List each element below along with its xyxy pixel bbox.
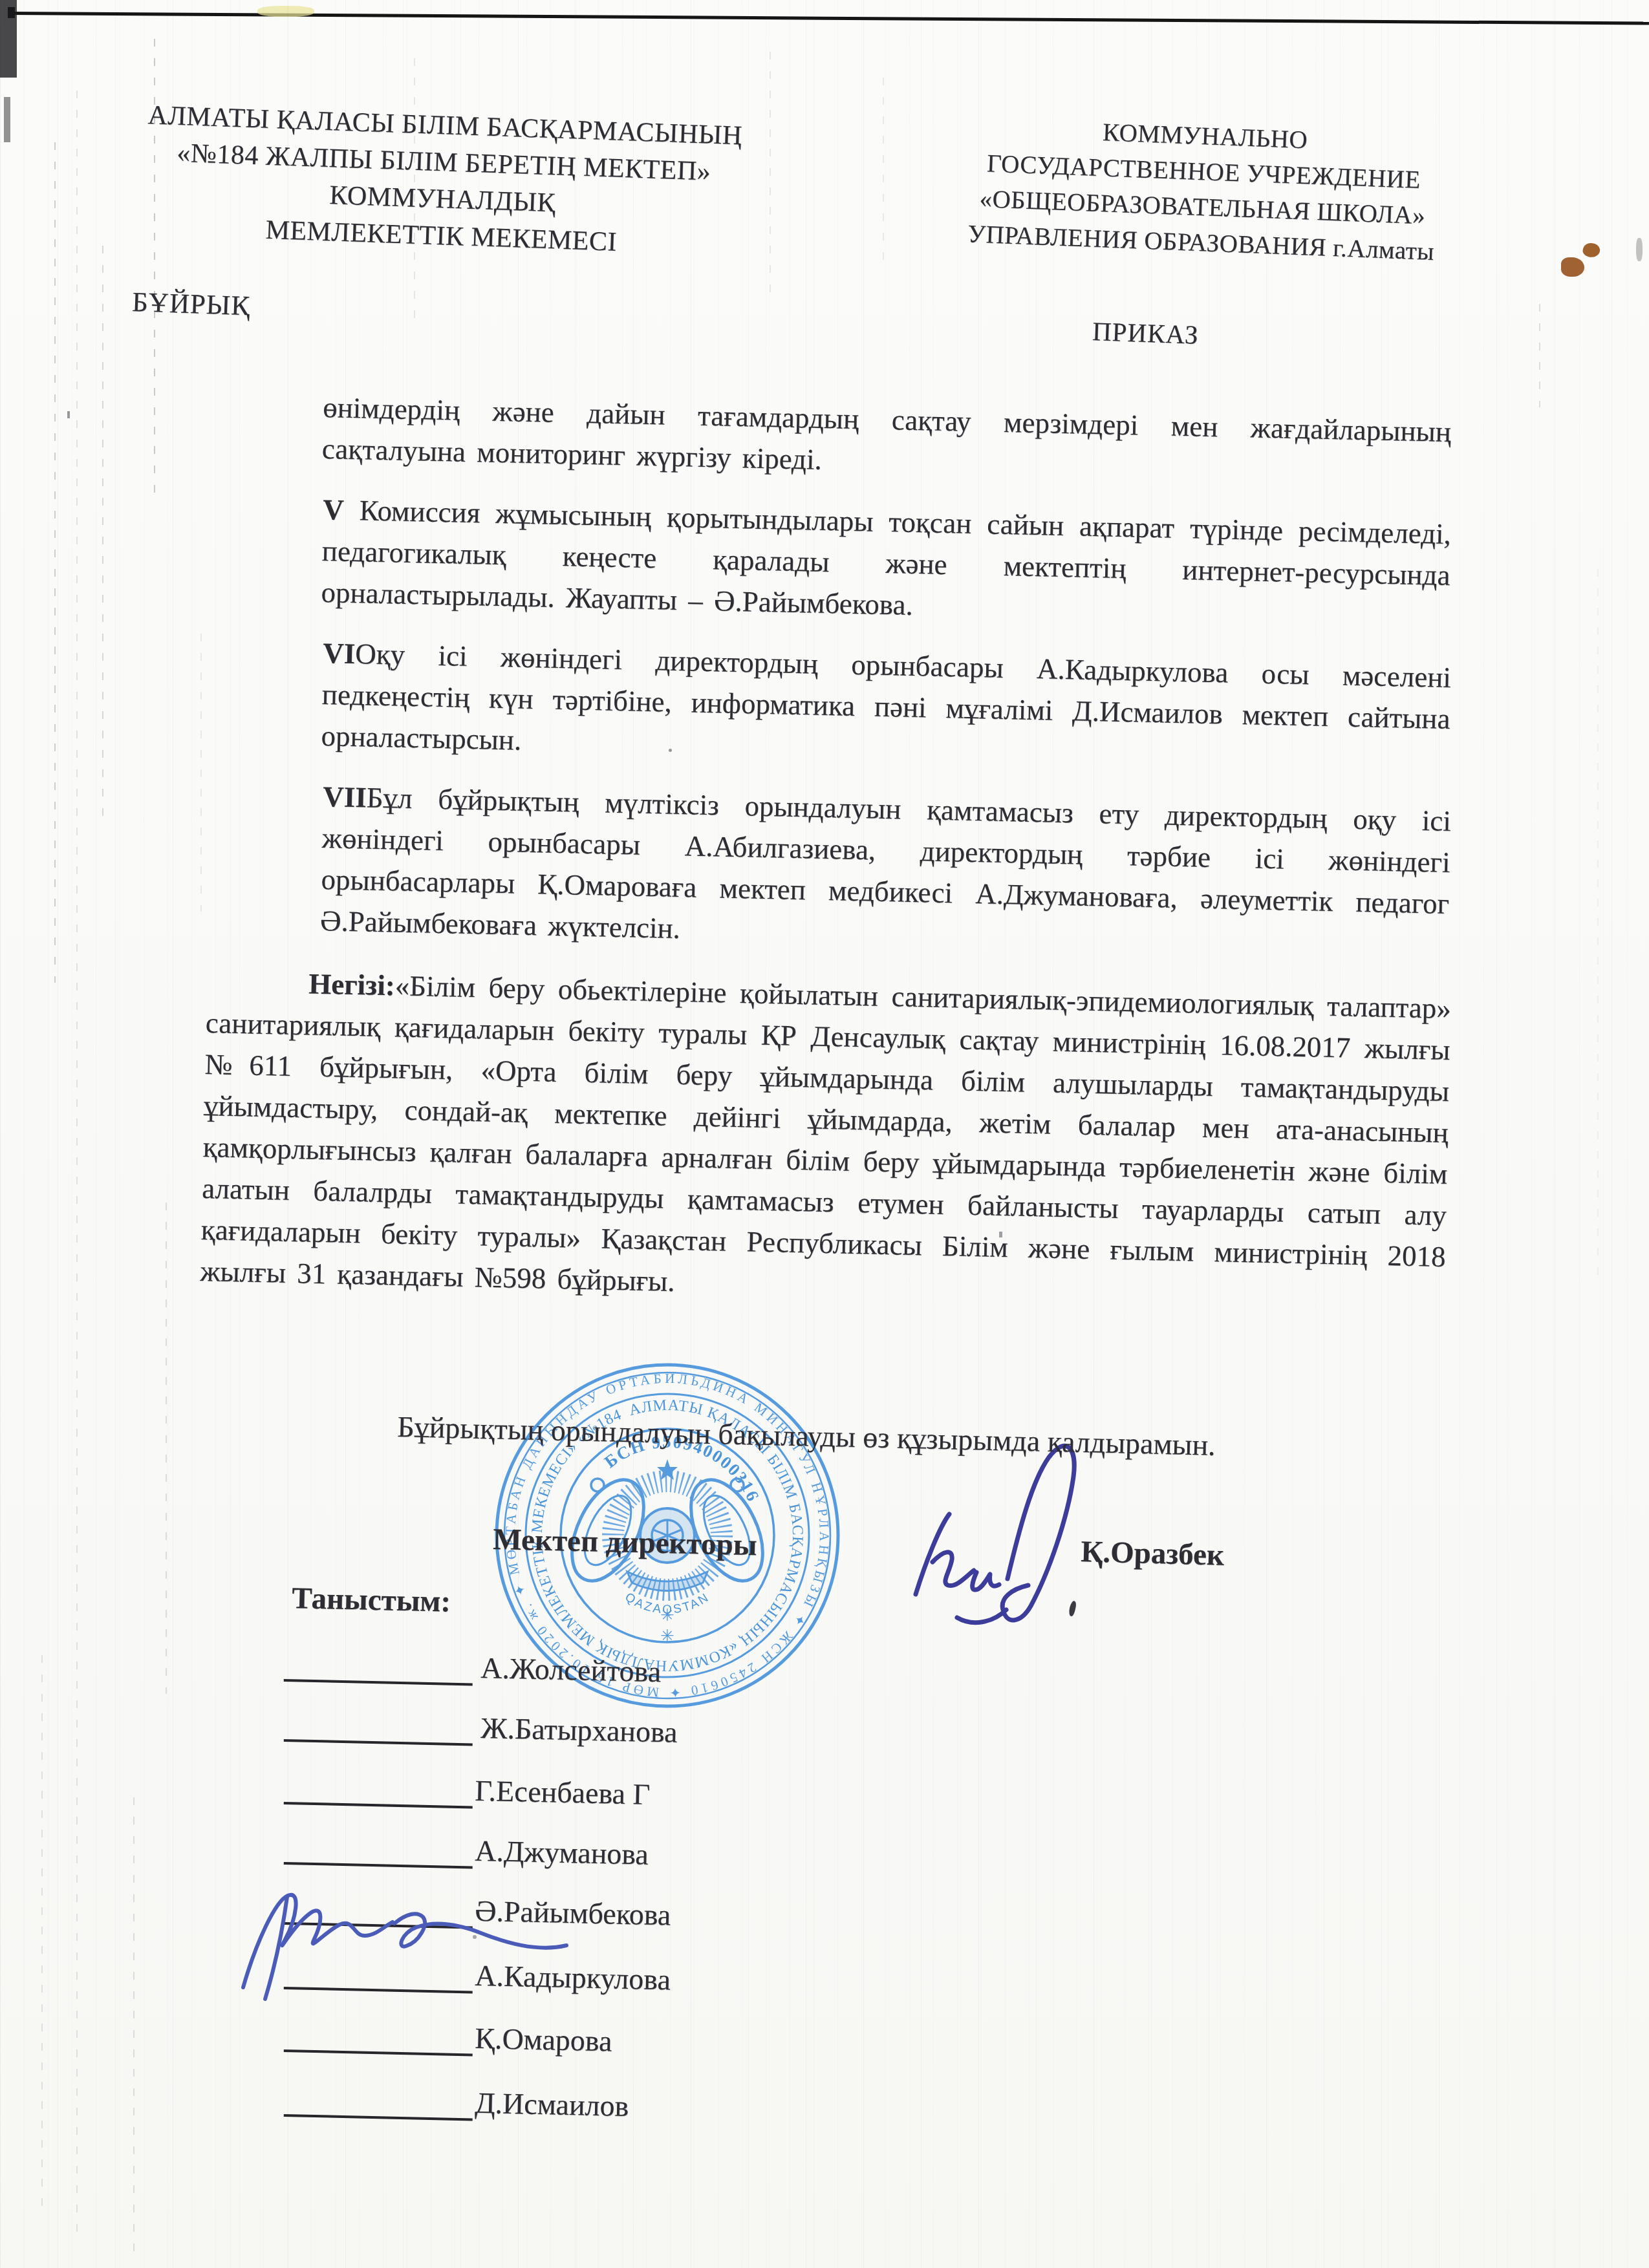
signatory-name: Қ.Омарова [475, 2021, 612, 2059]
signature-blank-line [284, 1706, 473, 1746]
scan-streak [1539, 304, 1540, 407]
signatory-row: Ж.Батырханова [284, 1706, 678, 1753]
scan-streak [133, 1797, 135, 2263]
paragraph-text: Комиссия жұмысының қорытындылары тоқсан … [321, 494, 1451, 621]
signatory-name: А.Жолсейтова [480, 1651, 662, 1689]
order-word-kazakh: БҰЙРЫҚ [131, 286, 251, 322]
paragraph-prefix: VII [323, 780, 367, 813]
paragraph-continuation: өнімдердің және дайын тағамдардың сақтау… [321, 387, 1451, 494]
scan-edge-mark [1636, 238, 1643, 261]
top-border-line [10, 12, 1649, 25]
signatory-row: Д.Исмаилов [284, 2081, 629, 2126]
signatory-name: Ж.Батырханова [480, 1711, 678, 1749]
signature-blank-line [284, 1646, 473, 1686]
order-body: өнімдердің және дайын тағамдардың сақтау… [323, 387, 1452, 1311]
letterhead-kazakh: АЛМАТЫ ҚАЛАСЫ БІЛІМ БАСҚАРМАСЫНЫҢ «№184 … [138, 97, 748, 265]
scan-streak [41, 1655, 43, 2211]
scan-streak [200, 634, 202, 912]
letterhead-russian: КОММУНАЛЬНО ГОСУДАРСТВЕННОЕ УЧРЕЖДЕНИЕ «… [894, 107, 1513, 272]
scan-streak [770, 52, 771, 297]
paragraph-text: өнімдердің және дайын тағамдардың сақтау… [321, 391, 1451, 476]
stamp-star-separator: ✳ [660, 1606, 674, 1625]
scanned-order-document: АЛМАТЫ ҚАЛАСЫ БІЛІМ БАСҚАРМАСЫНЫҢ «№184 … [0, 0, 1649, 2268]
rust-stain [1561, 257, 1584, 277]
scan-streak [102, 246, 103, 828]
director-name: Қ.Оразбек [1081, 1534, 1225, 1573]
signature-blank-line [284, 2081, 473, 2121]
scan-streak [76, 91, 78, 2237]
scan-streak [883, 78, 884, 272]
signatory-row: Қ.Омарова [284, 2017, 612, 2061]
paragraph-text: Оқу ісі жөніндегі директордың орынбасары… [321, 637, 1451, 756]
signatory-row: А.Жолсейтова [284, 1646, 662, 1692]
acknowledged-label: Таныстым: [292, 1581, 451, 1620]
scan-edge-mark [4, 97, 10, 142]
signature-blank-line [284, 1769, 473, 1809]
paragraph-prefix: Негізі: [308, 967, 396, 1001]
scan-streak [166, 1203, 167, 1694]
scan-mark [8, 7, 15, 18]
scan-streak [1597, 569, 1599, 1280]
signature-blank-line [284, 2017, 473, 2057]
paragraph-prefix: VI [323, 637, 356, 670]
director-title: Мектеп директоры [493, 1522, 757, 1563]
scan-streak [54, 142, 56, 983]
rust-stain [1581, 241, 1602, 260]
signatory-row: Г.Есенбаева Г [284, 1769, 651, 1815]
paragraph-prefix: V [323, 493, 345, 526]
stamp-star-separator: ✳ [660, 1627, 674, 1645]
paragraph-text: Бұл бұйрықтың мүлтіксіз орындалуын қамта… [320, 781, 1452, 945]
highlighter-smudge [257, 6, 314, 17]
paragraph-text: «Білім беру обьектілеріне қойылатын сани… [200, 969, 1451, 1298]
paragraph-item-vi: VIОқу ісі жөніндегі директордың орынбаса… [321, 632, 1452, 781]
signatory-name: Д.Исмаилов [475, 2086, 629, 2123]
paragraph-item-vii: VIIБұл бұйрықтың мүлтіксіз орындалуын қа… [319, 776, 1451, 966]
paragraph-item-v: V Комиссия жұмысының қорытындылары тоқса… [321, 489, 1452, 637]
dust-speck [67, 411, 70, 418]
order-word-russian: ПРИКАЗ [1092, 316, 1199, 350]
signatory-name: Г.Есенбаева Г [475, 1773, 651, 1812]
paragraph-basis: Негізі:«Білім беру обьектілеріне қойылат… [200, 961, 1452, 1319]
acknowledgement-signature [225, 1863, 574, 2015]
